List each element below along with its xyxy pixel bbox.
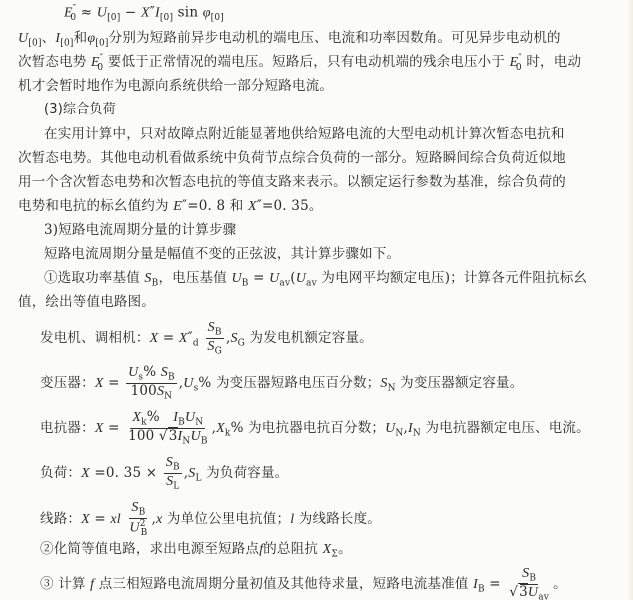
paragraph-line: 在实用计算中，只对故障点附近能显著地供给短路电流的大型电动机计算次暂态电抗和 bbox=[44, 122, 565, 142]
paragraph-line: 次暂态电势 E″0 要低于正常情况的端电压。短路后，只有电动机端的残余电压小于 … bbox=[18, 50, 581, 73]
fraction: Us% SB100SN bbox=[126, 365, 177, 402]
item-transformer: 变压器：X = Us% SB100SN,Us% 为变压器短路电压百分数；SN 为… bbox=[40, 365, 523, 402]
fraction: SBSL bbox=[164, 455, 182, 492]
fraction: SBSG bbox=[205, 320, 224, 357]
step-3: ③ 计算 f 点三相短路电流周期分量初值及其他待求量，短路电流基准值 IB = … bbox=[40, 566, 567, 600]
page-edge-shadow bbox=[627, 0, 633, 600]
paragraph-line: 机才会暂时地作为电源向系统供给一部分短路电流。 bbox=[18, 74, 333, 94]
textbook-page: E″0 ≈ U[0] − X″I[0] sin φ[0] U[0]、I[0]和φ… bbox=[0, 0, 633, 600]
subsection-heading: 3)短路电流周期分量的计算步骤 bbox=[44, 218, 236, 238]
step-2: ②化简等值电路，求出电源至短路点f的总阻抗 XΣ。 bbox=[40, 537, 352, 560]
paragraph-line: 次暂态电势。其他电动机看做系统中负荷节点综合负荷的一部分。短路瞬间综合负荷近似地 bbox=[18, 146, 566, 166]
item-line: 线路：X = xl SBU2B,x 为单位公里电抗值；l 为线路长度。 bbox=[40, 500, 381, 539]
formula-e0: E″0 ≈ U[0] − X″I[0] sin φ[0] bbox=[64, 4, 224, 23]
step-1-cont: 值，绘出等值电路图。 bbox=[18, 290, 155, 310]
paragraph-line: 用一个含次暂态电势和次暂态电抗的等值支路来表示。以额定运行参数为基准，综合负荷的 bbox=[18, 170, 566, 190]
paragraph-line: 电势和电抗的标幺值约为 E″=0. 8 和 X″=0. 35。 bbox=[18, 194, 323, 215]
fraction: Xk% IBUN100 √3INUB bbox=[126, 410, 210, 447]
paragraph-line: U[0]、I[0]和φ[0]分别为短路前异步电动机的端电压、电流和功率因数角。可… bbox=[18, 26, 561, 49]
fraction: SB√3Uav bbox=[507, 566, 551, 600]
paragraph-line: 短路电流周期分量是幅值不变的正弦波，其计算步骤如下。 bbox=[44, 242, 400, 262]
item-generator: 发电机、调相机：X = X″d SBSG,SG 为发电机额定容量。 bbox=[40, 320, 373, 357]
section-heading: (3)综合负荷 bbox=[44, 98, 116, 117]
step-1: ①选取功率基值 SB，电压基值 UB = Uav(Uav 为电网平均额定电压)；… bbox=[44, 266, 587, 289]
item-reactor: 电抗器：X = Xk% IBUN100 √3INUB,Xk% 为电抗器电抗百分数… bbox=[40, 410, 590, 447]
item-load: 负荷：X =0. 35 × SBSL,SL 为负荷容量。 bbox=[40, 455, 288, 492]
fraction: SBU2B bbox=[127, 500, 149, 539]
